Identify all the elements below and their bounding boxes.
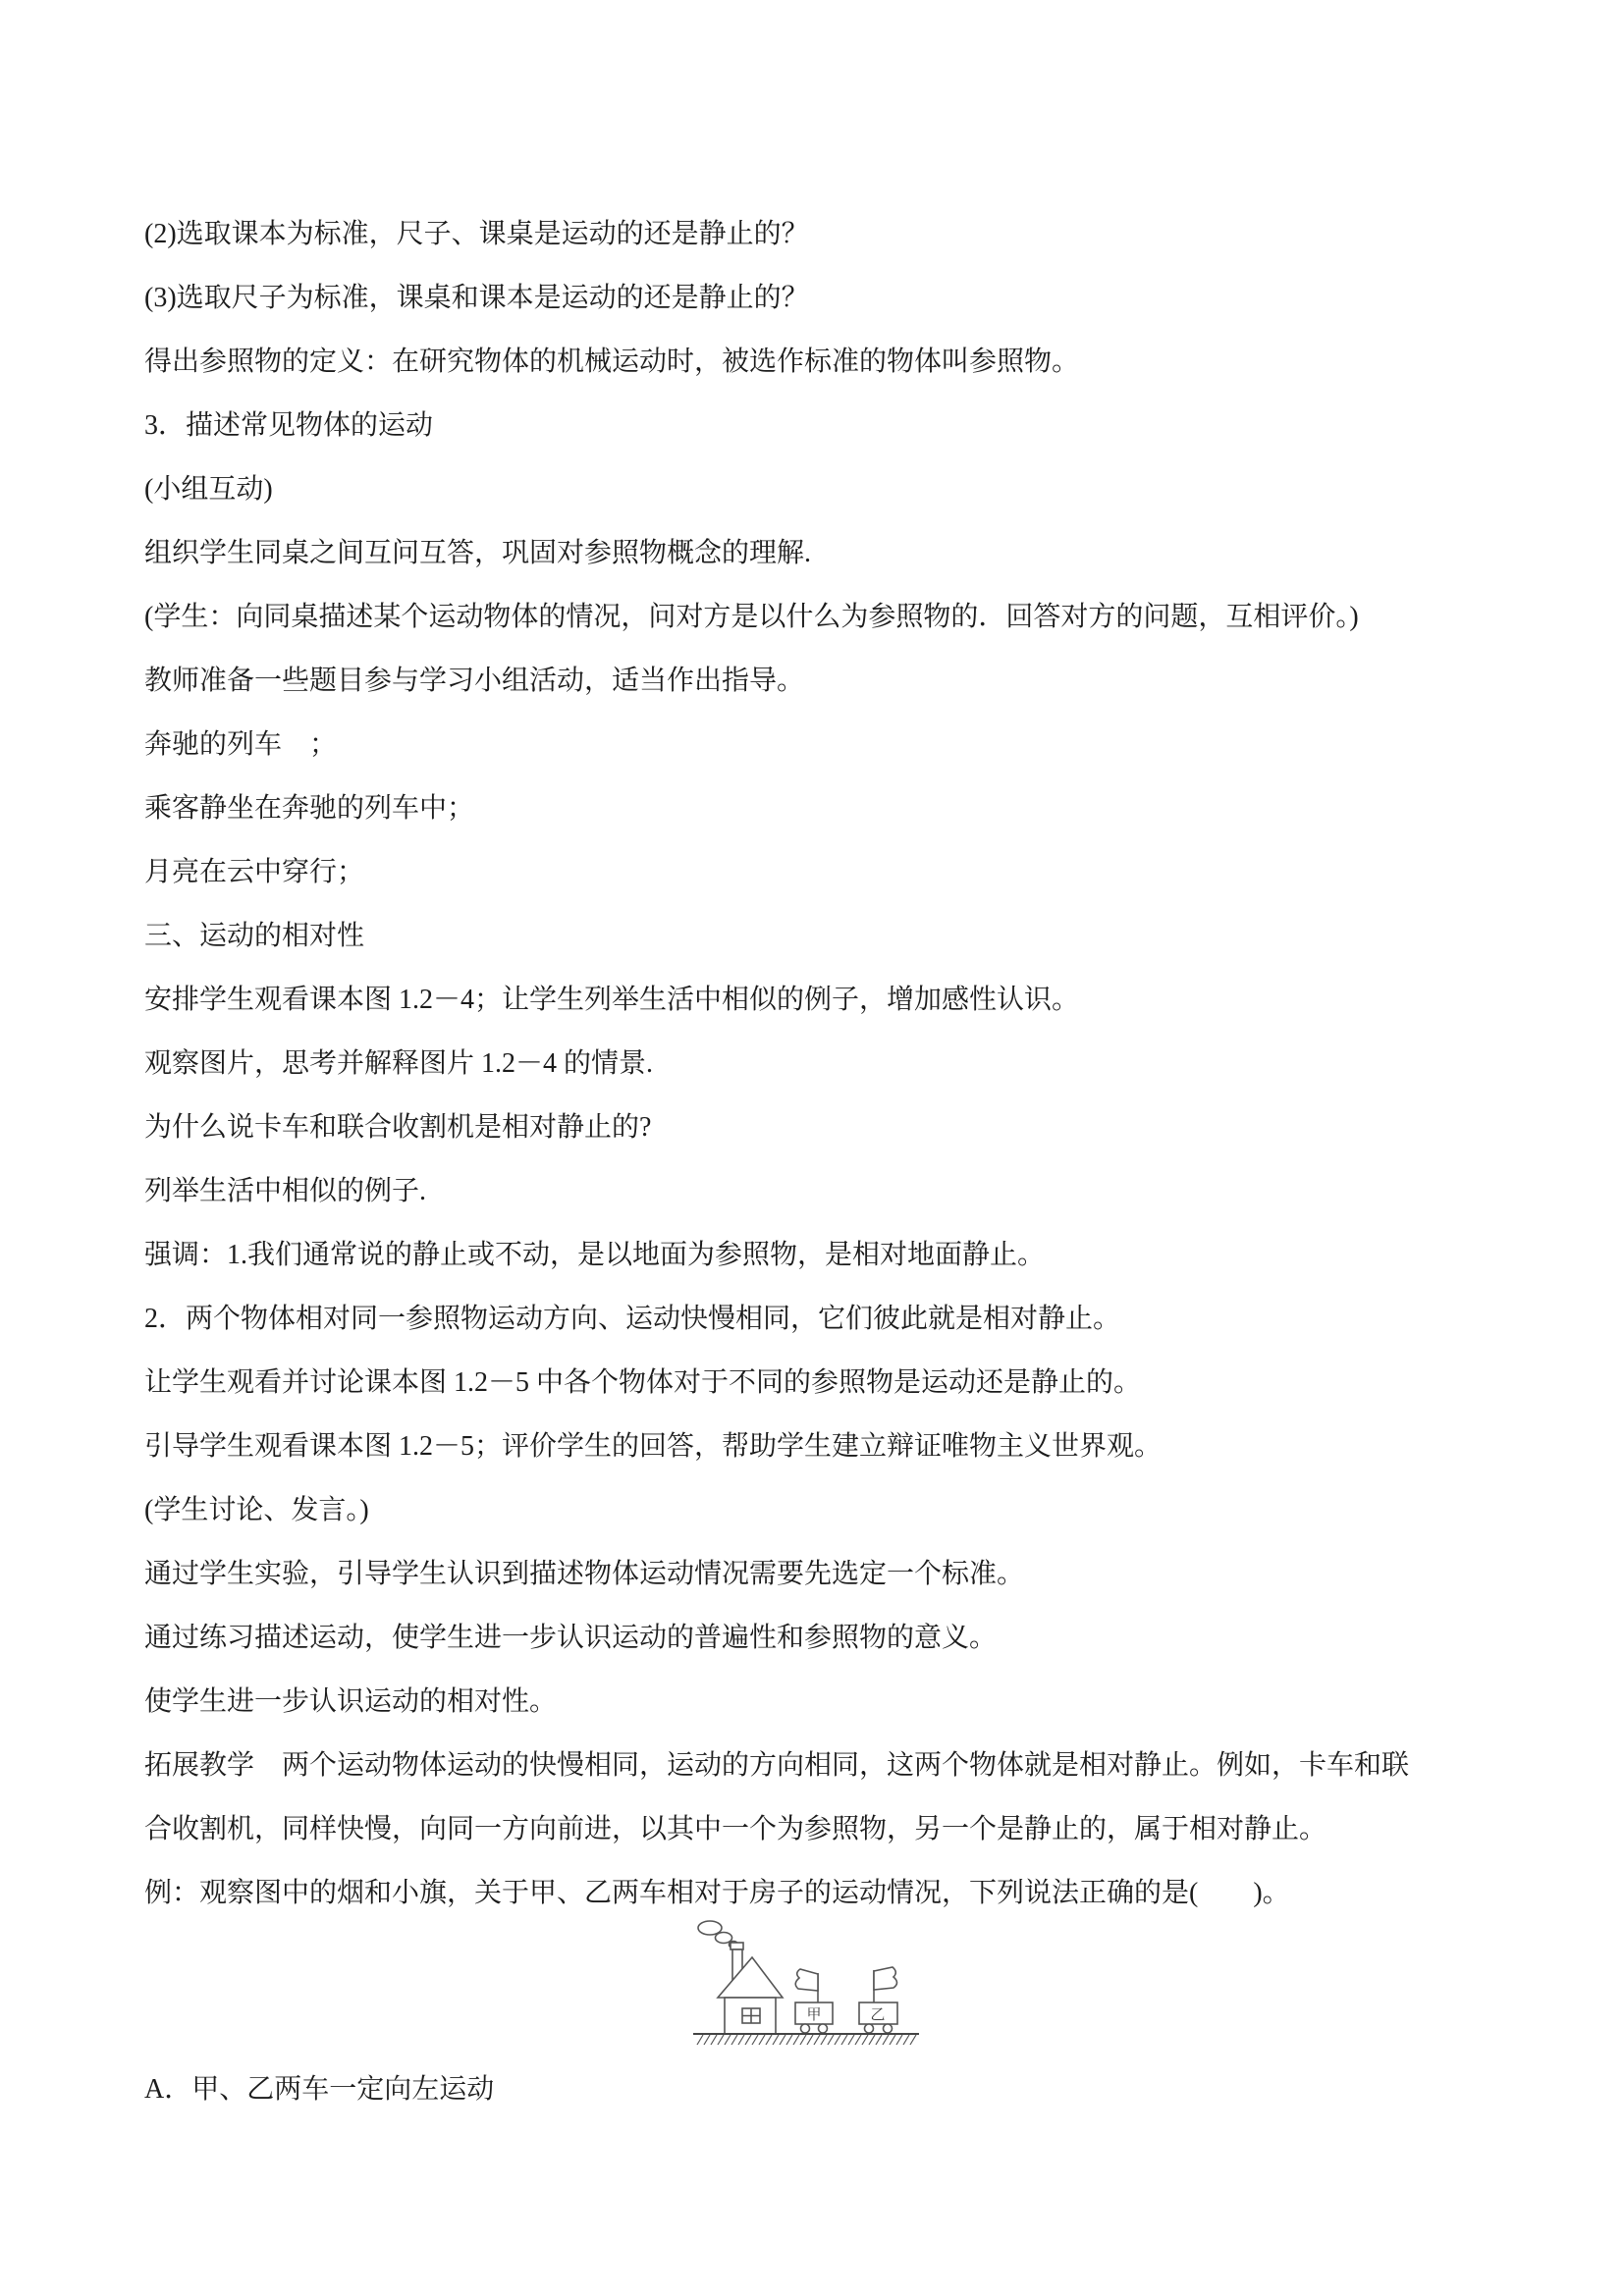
text-line-9: 奔驰的列车 ；: [144, 728, 337, 762]
house-and-carts-drawing: 甲 乙: [685, 1914, 931, 2056]
text-line-1: (2)选取课本为标准，尺子、课桌是运动的还是静止的？: [144, 218, 809, 251]
cart-wheel: [801, 2024, 810, 2033]
text-line-16: 列举生活中相似的例子.: [144, 1175, 426, 1208]
text-line-27: 例：观察图中的烟和小旗，关于甲、乙两车相对于房子的运动情况，下列说法正确的是( …: [144, 1877, 1290, 1910]
document-page: (2)选取课本为标准，尺子、课桌是运动的还是静止的？(3)选取尺子为标准，课桌和…: [0, 0, 1624, 2296]
text-line-24: 使学生进一步认识运动的相对性。: [144, 1685, 557, 1719]
cart-wheel: [865, 2024, 874, 2033]
text-line-10: 乘客静坐在奔驰的列车中；: [144, 792, 474, 826]
text-line-14: 观察图片，思考并解释图片 1.2－4 的情景.: [144, 1047, 653, 1081]
cart-yi-label: 乙: [870, 2007, 885, 2023]
motion-example-figure: 甲 乙: [685, 1914, 931, 2056]
smoke-puff-icon: [698, 1921, 722, 1935]
ground-hatching: [697, 2035, 916, 2045]
text-line-2: (3)选取尺子为标准，课桌和课本是运动的还是静止的？: [144, 282, 809, 315]
text-line-3: 得出参照物的定义：在研究物体的机械运动时，被选作标准的物体叫参照物。: [144, 346, 1079, 379]
text-line-7: (学生：向同桌描述某个运动物体的情况，问对方是以什么为参照物的．回答对方的问题，…: [144, 601, 1359, 634]
text-line-19: 让学生观看并讨论课本图 1.2－5 中各个物体对于不同的参照物是运动还是静止的。: [144, 1366, 1141, 1400]
cart-wheel: [819, 2024, 828, 2033]
house-roof: [718, 1957, 783, 1998]
text-line-11: 月亮在云中穿行；: [144, 856, 364, 889]
text-line-22: 通过学生实验，引导学生认识到描述物体运动情况需要先选定一个标准。: [144, 1558, 1024, 1591]
flag-right-icon: [874, 1967, 897, 1990]
chimney-cap: [731, 1943, 743, 1949]
flag-left-icon: [795, 1969, 818, 1991]
text-line-20: 引导学生观看课本图 1.2－5；评价学生的回答，帮助学生建立辩证唯物主义世界观。: [144, 1430, 1162, 1464]
text-line-12: 三、运动的相对性: [144, 920, 364, 953]
text-line-8: 教师准备一些题目参与学习小组活动，适当作出指导。: [144, 665, 804, 698]
text-line-13: 安排学生观看课本图 1.2－4；让学生列举生活中相似的例子，增加感性认识。: [144, 984, 1079, 1017]
text-line-21: (学生讨论、发言。): [144, 1494, 369, 1527]
option-a-line: A．甲、乙两车一定向左运动: [144, 2073, 494, 2107]
cart-jia-label: 甲: [806, 2006, 821, 2023]
text-line-5: (小组互动): [144, 473, 273, 507]
cart-wheel: [884, 2024, 893, 2033]
text-line-23: 通过练习描述运动，使学生进一步认识运动的普遍性和参照物的意义。: [144, 1622, 997, 1655]
text-line-15: 为什么说卡车和联合收割机是相对静止的?: [144, 1111, 651, 1145]
text-line-6: 组织学生同桌之间互问互答，巩固对参照物概念的理解.: [144, 537, 811, 570]
text-line-26: 合收割机，同样快慢，向同一方向前进，以其中一个为参照物，另一个是静止的，属于相对…: [144, 1813, 1326, 1846]
text-line-18: 2．两个物体相对同一参照物运动方向、运动快慢相同，它们彼此就是相对静止。: [144, 1303, 1120, 1336]
text-line-25: 拓展教学 两个运动物体运动的快慢相同，运动的方向相同，这两个物体就是相对静止。例…: [144, 1749, 1409, 1783]
text-line-4: 3．描述常见物体的运动: [144, 409, 433, 443]
smoke-puff-icon: [716, 1933, 732, 1944]
text-line-17: 强调：1.我们通常说的静止或不动，是以地面为参照物，是相对地面静止。: [144, 1239, 1045, 1272]
